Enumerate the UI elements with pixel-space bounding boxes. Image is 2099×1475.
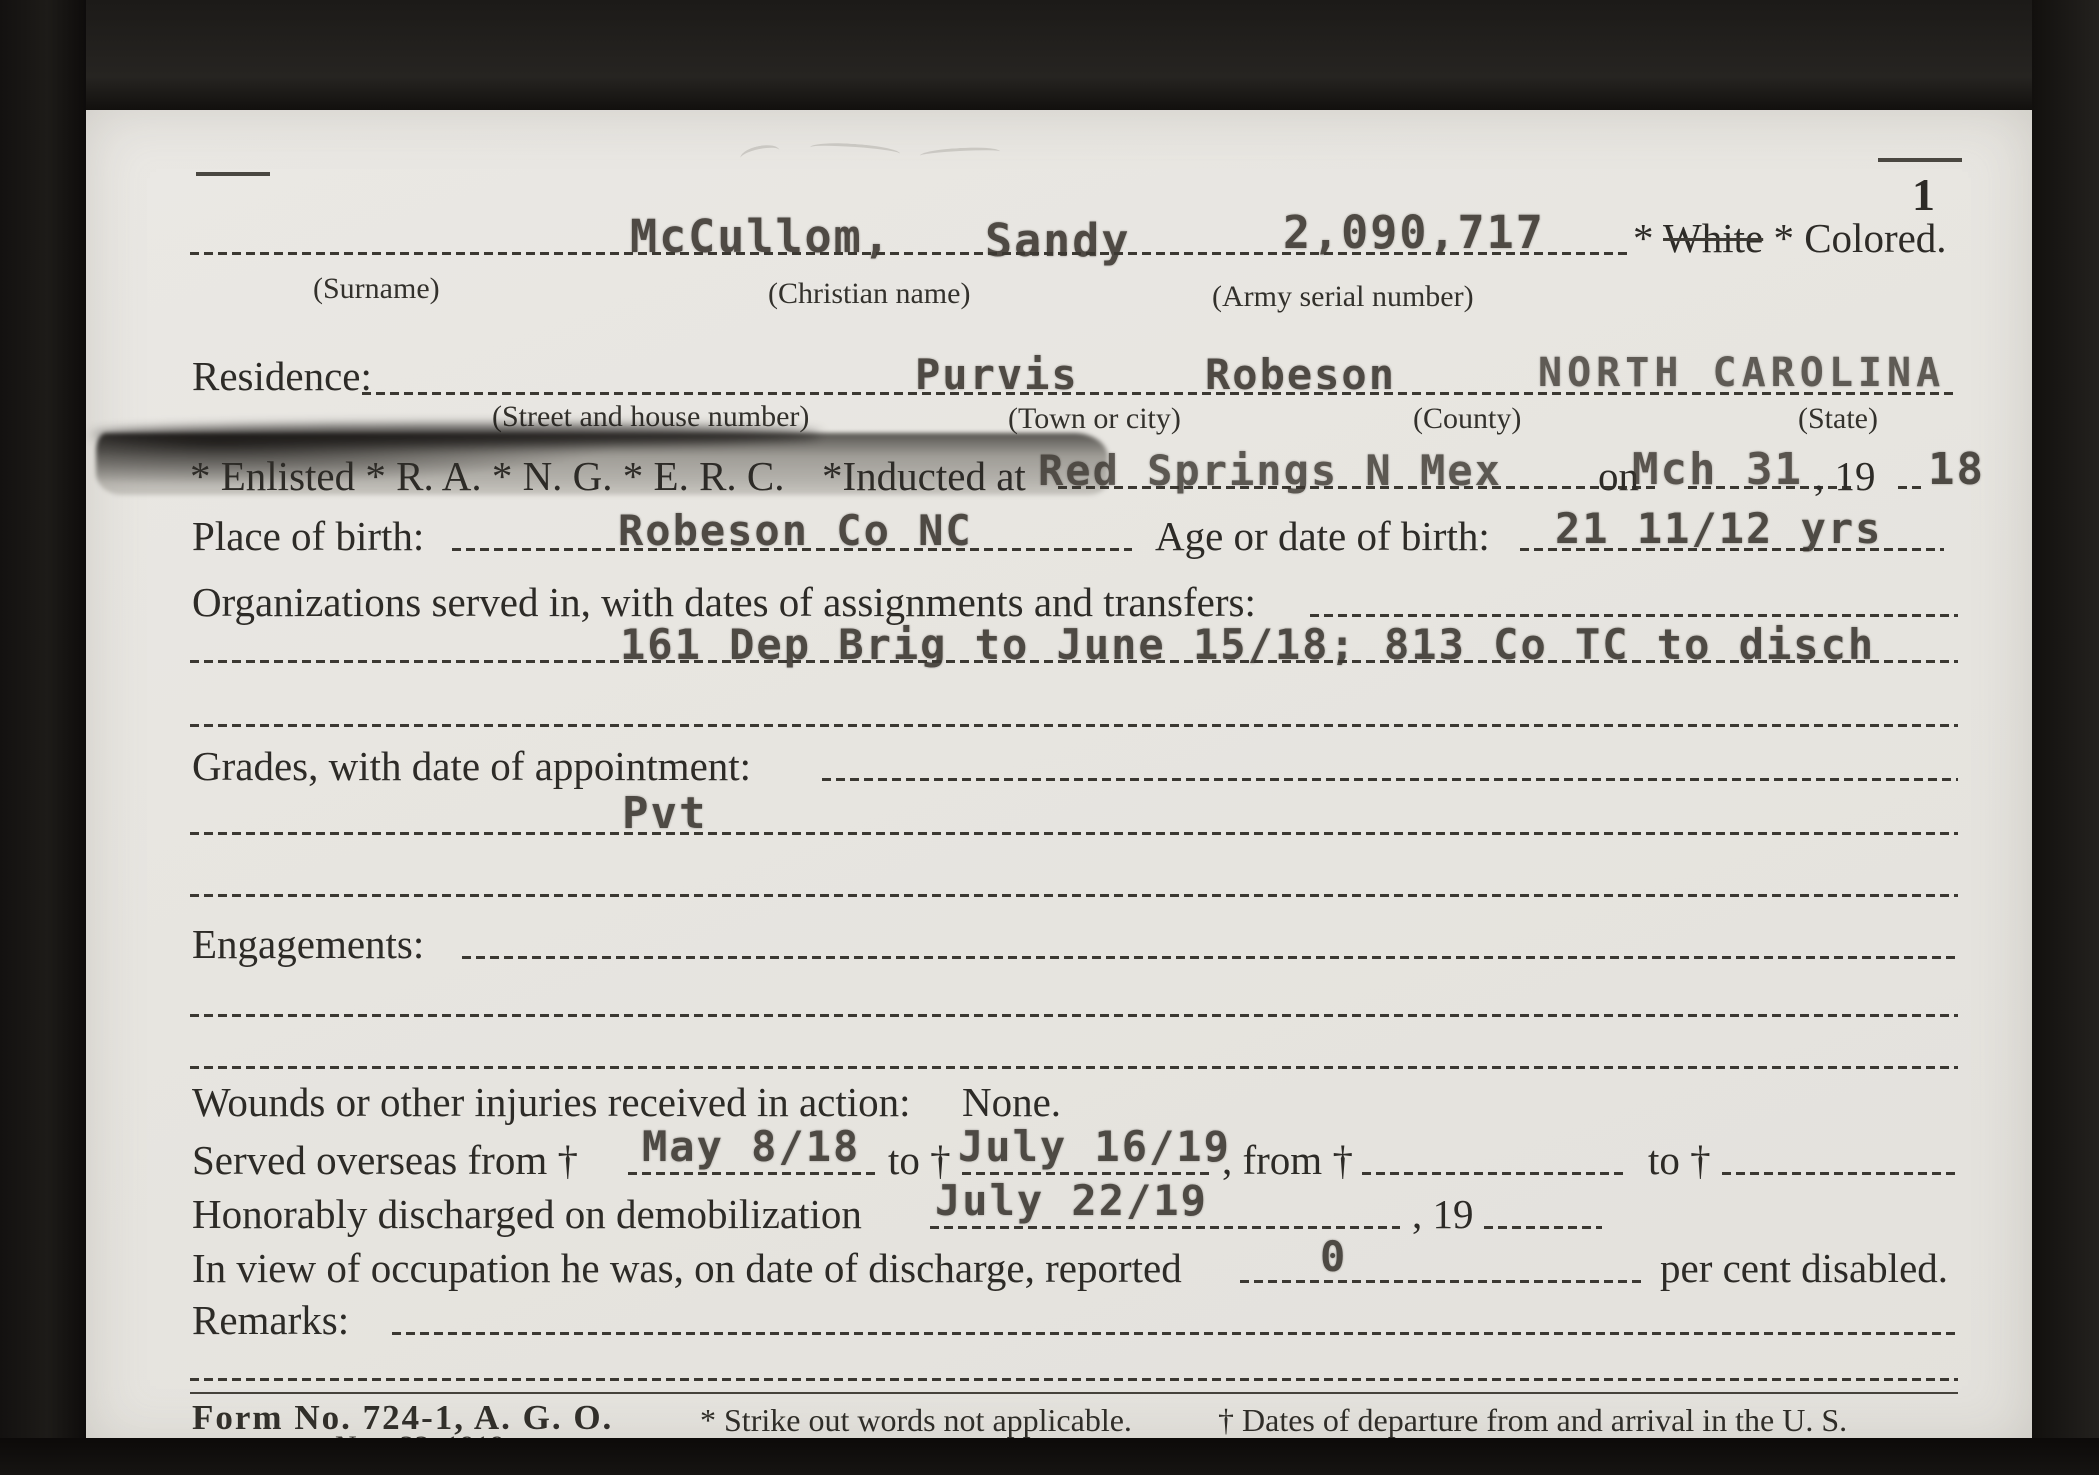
inducted-date-value: Mch 31	[1632, 444, 1803, 495]
inducted-at-label: *Inducted at	[822, 452, 1026, 500]
card-content: 1 McCullom, Sandy 2,090,717 * White * Co…	[0, 0, 2099, 1475]
pencil-marks	[740, 138, 1010, 164]
serial-number-label: (Army serial number)	[1212, 280, 1474, 314]
remarks-line	[392, 1332, 1958, 1335]
place-of-birth-label: Place of birth:	[192, 512, 424, 560]
race-white-struck: White	[1663, 215, 1763, 261]
discharge-year-line	[1484, 1226, 1602, 1229]
year-value: 18	[1928, 444, 1985, 495]
scan-border-top	[0, 0, 2099, 110]
county-label: (County)	[1413, 402, 1521, 436]
wounds-value: None.	[962, 1078, 1061, 1126]
surname-label: (Surname)	[313, 272, 440, 306]
state-value: NORTH CAROLINA	[1538, 350, 1945, 396]
engagements-empty-line-2	[190, 1066, 1958, 1069]
race-selector: * White * Colored.	[1633, 214, 1947, 262]
engagements-line	[462, 956, 1958, 959]
disability-label: In view of occupation he was, on date of…	[192, 1244, 1182, 1292]
surname-value: McCullom,	[630, 210, 892, 263]
top-left-tick	[196, 172, 270, 176]
scan-border-left	[0, 0, 86, 1475]
disability-line	[1240, 1280, 1646, 1283]
disability-value: 0	[1320, 1232, 1347, 1281]
discharge-year-label: , 19	[1412, 1190, 1474, 1238]
age-label: Age or date of birth:	[1155, 512, 1490, 560]
dates-note: † Dates of departure from and arrival in…	[1218, 1402, 1847, 1439]
scan-border-bottom	[0, 1438, 2099, 1475]
grades-empty-line	[190, 894, 1958, 897]
overseas-from1-line	[628, 1172, 880, 1175]
race-colored: * Colored.	[1763, 215, 1946, 261]
overseas-to2-line	[1722, 1172, 1958, 1175]
christian-name-value: Sandy	[985, 214, 1130, 267]
served-overseas-label: Served overseas from †	[192, 1136, 578, 1184]
year-line	[1898, 486, 1926, 489]
christian-name-label: (Christian name)	[768, 277, 970, 311]
residence-label: Residence:	[192, 352, 372, 400]
organizations-label: Organizations served in, with dates of a…	[192, 578, 1256, 626]
organizations-value-line	[190, 660, 1958, 663]
county-value: Robeson	[1205, 350, 1396, 399]
remarks-label: Remarks:	[192, 1296, 349, 1344]
organizations-empty-line	[190, 724, 1958, 727]
grades-label: Grades, with date of appointment:	[192, 742, 751, 790]
overseas-to1-value: July 16/19	[958, 1122, 1231, 1171]
wounds-label: Wounds or other injuries received in act…	[192, 1078, 911, 1126]
birth-place-value: Robeson Co NC	[618, 506, 973, 555]
name-dashed-line	[190, 252, 1630, 255]
engagements-empty-line-1	[190, 1014, 1958, 1017]
town-label: (Town or city)	[1008, 402, 1181, 436]
discharge-date-line	[930, 1226, 1400, 1229]
overseas-from2-line	[1362, 1172, 1628, 1175]
strike-out-note: * Strike out words not applicable.	[700, 1402, 1132, 1439]
scan-border-right	[2032, 0, 2099, 1475]
top-right-tick	[1878, 158, 1962, 162]
race-star: *	[1633, 215, 1663, 261]
town-value: Purvis	[915, 350, 1079, 399]
discharge-date-value: July 22/19	[935, 1176, 1208, 1225]
organizations-line	[1310, 614, 1958, 617]
state-label: (State)	[1798, 402, 1878, 436]
overseas-to1-line	[962, 1172, 1212, 1175]
grades-value-line	[190, 832, 1958, 835]
overseas-from2-label: , from †	[1222, 1136, 1353, 1184]
engagements-label: Engagements:	[192, 920, 424, 968]
disability-suffix: per cent disabled.	[1660, 1244, 1948, 1292]
discharge-label: Honorably discharged on demobilization	[192, 1190, 862, 1238]
age-value: 21 11/12 yrs	[1555, 504, 1882, 553]
bottom-solid-rule	[190, 1392, 1958, 1394]
year-19-label: , 19	[1814, 452, 1876, 500]
overseas-to2-label: to †	[1648, 1136, 1711, 1184]
inducted-place-value: Red Springs N Mex	[1038, 446, 1502, 495]
grades-line	[822, 778, 1958, 781]
overseas-from1-value: May 8/18	[642, 1122, 860, 1171]
bottom-dashed-rule	[190, 1378, 1958, 1381]
scanned-service-card: 1 McCullom, Sandy 2,090,717 * White * Co…	[0, 0, 2099, 1475]
enlisted-struck-text: * Enlisted * R. A. * N. G. * E. R. C.	[190, 452, 785, 500]
